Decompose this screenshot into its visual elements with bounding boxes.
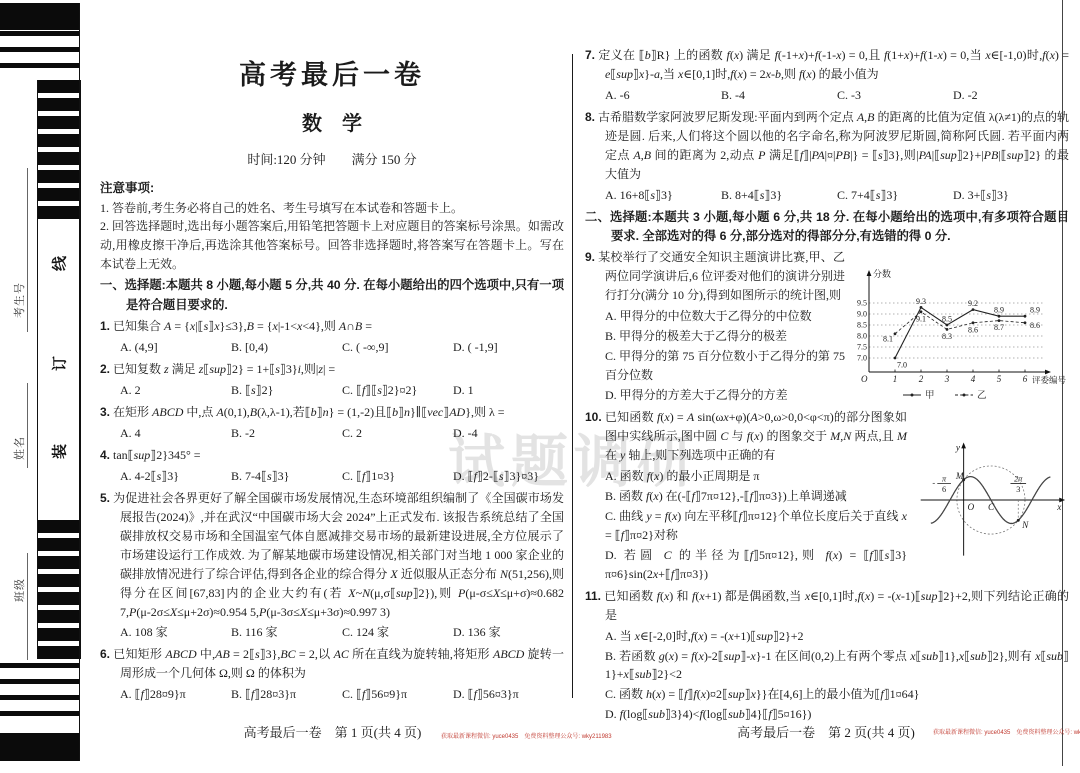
option-A: A. 2	[120, 381, 231, 400]
question-options: A. 当 x∈[-2,0]时,f(x) = -(x+1)⟦sup⟧2}+2B. …	[605, 627, 1069, 725]
svg-text:7.5: 7.5	[857, 343, 867, 352]
exam-scan: 线 订 装 考生号 姓名 班级 试题调研 高考最后一卷 数 学 时间:120 分…	[0, 0, 1080, 773]
question-stem: 11. 已知函数 f(x) 和 f(x+1) 都是偶函数,当 x∈[0,1]时,…	[585, 587, 1069, 625]
svg-text:4: 4	[971, 374, 976, 384]
svg-text:O: O	[968, 503, 975, 513]
questions-page-2-top: 7. 定义在 ⟦b⟧R} 上的函数 f(x) 满足 f(-1+x)+f(-1-x…	[585, 46, 1069, 205]
questions-page-1: 1. 已知集合 A = {x|⟦s⟧x}≤3},B = {x|-1<x<4},则…	[100, 317, 564, 704]
svg-text:9.5: 9.5	[857, 299, 867, 308]
strip-ladder-bottom	[37, 520, 81, 659]
option-D: D. ( -1,9]	[453, 338, 564, 357]
option-C: C. 7+4⟦s⟧3}	[837, 186, 953, 205]
option-C: C. 124 家	[342, 623, 453, 642]
notice-title: 注意事项:	[100, 179, 564, 199]
option-C: C. 2	[342, 424, 453, 443]
exam-subject: 数 学	[100, 109, 564, 141]
svg-text:9.2: 9.2	[968, 300, 978, 309]
section-1-header: 一、选择题:本题共 8 小题,每小题 5 分,共 40 分. 在每小题给出的四个…	[100, 276, 564, 315]
question-options: A. ⟦f⟧28¤9}πB. ⟦f⟧28¤3}πC. ⟦f⟧56¤9}πD. ⟦…	[120, 685, 564, 704]
strip-ladder-top	[37, 80, 81, 221]
option-C: C. ⟦f⟧1¤3}	[342, 467, 453, 486]
question-stem: 8. 古希腊数学家阿波罗尼斯发现:平面内到两个定点 A,B 的距离的比值为定值 …	[585, 108, 1069, 184]
svg-text:6: 6	[1023, 374, 1028, 384]
svg-text:O: O	[861, 374, 868, 384]
strip-stripes-bottom	[0, 663, 80, 727]
svg-text:8.6: 8.6	[968, 326, 978, 335]
svg-text:2: 2	[919, 374, 924, 384]
question-7: 7. 定义在 ⟦b⟧R} 上的函数 f(x) 满足 f(-1+x)+f(-1-x…	[585, 46, 1069, 105]
option-C: C. -3	[837, 86, 953, 105]
label-name: 姓名	[11, 426, 27, 470]
option-B: B. 若函数 g(x) = f(x)-2⟦sup⟧-x}-1 在区间(0,2)上…	[605, 647, 1069, 685]
option-B: B. ⟦f⟧28¤3}π	[231, 685, 342, 704]
svg-text:7.0: 7.0	[857, 354, 867, 363]
svg-text:9.3: 9.3	[916, 297, 926, 306]
option-B: B. 7-4⟦s⟧3}	[231, 467, 342, 486]
option-C: C. 函数 h(x) = ⟦f⟧f(x)¤2⟦sup⟧x}}在[4,6]上的最小…	[605, 685, 1069, 704]
exam-meta: 时间:120 分钟 满分 150 分	[100, 150, 564, 171]
svg-text:8.9: 8.9	[994, 306, 1004, 315]
option-B: B. 8+4⟦s⟧3}	[721, 186, 837, 205]
option-A: A. 108 家	[120, 623, 231, 642]
option-B: B. 116 家	[231, 623, 342, 642]
option-A: A. 当 x∈[-2,0]时,f(x) = -(x+1)⟦sup⟧2}+2	[605, 627, 1069, 646]
question-options: A. 4-2⟦s⟧3}B. 7-4⟦s⟧3}C. ⟦f⟧1¤3}D. ⟦f⟧2-…	[120, 467, 564, 486]
question-options: A. 108 家B. 116 家C. 124 家D. 136 家	[120, 623, 564, 642]
svg-text:1: 1	[893, 374, 898, 384]
binding-char-zhuang: 装	[49, 444, 70, 459]
option-D: D. -4	[453, 424, 564, 443]
question-6: 6. 已知矩形 ABCD 中,AB = 2⟦s⟧3},BC = 2,以 AC 所…	[100, 645, 564, 704]
svg-text:8.7: 8.7	[994, 324, 1004, 333]
option-C: C. ⟦f⟧⟦s⟧2}¤2}	[342, 381, 453, 400]
label-class: 班级	[11, 568, 27, 612]
question-options: A. (4,9]B. [0,4)C. ( -∞,9]D. ( -1,9]	[120, 338, 564, 357]
question-8: 8. 古希腊数学家阿波罗尼斯发现:平面内到两个定点 A,B 的距离的比值为定值 …	[585, 108, 1069, 205]
svg-text:M: M	[955, 472, 965, 482]
option-A: A. 4	[120, 424, 231, 443]
option-C: C. ⟦f⟧56¤9}π	[342, 685, 453, 704]
option-B: B. [0,4)	[231, 338, 342, 357]
svg-text:7.0: 7.0	[897, 361, 907, 370]
option-A: A. (4,9]	[120, 338, 231, 357]
candidate-number-line	[27, 168, 28, 332]
question-4: 4. tan⟦sup⟧2}345° =A. 4-2⟦s⟧3}B. 7-4⟦s⟧3…	[100, 446, 564, 486]
class-line	[27, 553, 28, 660]
svg-text:x: x	[1056, 503, 1062, 513]
question-2: 2. 已知复数 z 满足 z⟦sup⟧2} = 1+⟦s⟧3}i,则|z| =A…	[100, 360, 564, 400]
binding-char-ding: 订	[49, 356, 70, 371]
question-11: 11. 已知函数 f(x) 和 f(x+1) 都是偶函数,当 x∈[0,1]时,…	[585, 587, 1069, 725]
questions-page-2-bottom: 7.07.58.08.59.09.5123456O分数评委编号7.09.38.5…	[585, 248, 1069, 724]
page-2: 7. 定义在 ⟦b⟧R} 上的函数 f(x) 满足 f(-1+x)+f(-1-x…	[585, 44, 1069, 727]
option-C: C. ( -∞,9]	[342, 338, 453, 357]
page-1: 高考最后一卷 数 学 时间:120 分钟 满分 150 分 注意事项: 1. 答…	[100, 36, 564, 707]
svg-text:8.5: 8.5	[857, 321, 867, 330]
svg-text:3: 3	[1016, 485, 1020, 494]
svg-text:8.9: 8.9	[1030, 306, 1040, 315]
page-divider-line	[572, 54, 573, 698]
binding-char-xian: 线	[49, 256, 70, 271]
section-2-header: 二、选择题:本题共 3 小题,每小题 6 分,共 18 分. 在每小题给出的选项…	[585, 208, 1069, 247]
name-line	[27, 383, 28, 468]
svg-text:6: 6	[942, 485, 946, 494]
question-stem: 4. tan⟦sup⟧2}345° =	[100, 446, 564, 465]
svg-text:乙: 乙	[977, 390, 987, 401]
svg-text:8.0: 8.0	[857, 332, 867, 341]
svg-text:N: N	[1021, 521, 1029, 531]
question-9: 7.07.58.08.59.09.5123456O分数评委编号7.09.38.5…	[585, 248, 1069, 405]
svg-text:3: 3	[944, 374, 950, 384]
svg-text:甲: 甲	[925, 390, 935, 401]
svg-text:8.5: 8.5	[942, 315, 952, 324]
option-A: A. ⟦f⟧28¤9}π	[120, 685, 231, 704]
binding-column: 线 订 装	[37, 221, 81, 520]
notice-2: 2. 回答选择题时,选出每小题答案后,用铅笔把答题卡上对应题目的答案标号涂黑。如…	[100, 217, 564, 274]
question-5: 5. 为促进社会各界更好了解全国碳市场发展情况,生态环境部组织编制了《全国碳市场…	[100, 489, 564, 643]
svg-text:8.3: 8.3	[942, 332, 952, 341]
question-stem: 6. 已知矩形 ABCD 中,AB = 2⟦s⟧3},BC = 2,以 AC 所…	[100, 645, 564, 683]
option-B: B. -2	[231, 424, 342, 443]
option-D: D. ⟦f⟧2-⟦s⟧3}¤3}	[453, 467, 564, 486]
question-options: A. 2B. ⟦s⟧2}C. ⟦f⟧⟦s⟧2}¤2}D. 1	[120, 381, 564, 400]
option-D: D. 3+⟦s⟧3}	[953, 186, 1069, 205]
option-A: A. -6	[605, 86, 721, 105]
promo-text-page-2: 获取最新课程微信: yuce0435 免费资料整理公众号: wky211983	[933, 727, 1080, 736]
option-B: B. -4	[721, 86, 837, 105]
svg-text:5: 5	[997, 374, 1002, 384]
sine-function-graph: MNOCyx-π62π3	[909, 438, 1069, 564]
question-options: A. 4B. -2C. 2D. -4	[120, 424, 564, 443]
option-D: D. -2	[953, 86, 1069, 105]
notice-1: 1. 答卷前,考生务必将自己的姓名、考生号填写在本试卷和答题卡上。	[100, 199, 564, 218]
svg-text:C: C	[988, 503, 995, 513]
svg-text:8.6: 8.6	[1030, 321, 1040, 330]
strip-right-edge-line	[79, 3, 80, 761]
svg-text:y: y	[955, 443, 961, 453]
question-options: A. -6B. -4C. -3D. -2	[605, 86, 1069, 105]
option-A: A. 4-2⟦s⟧3}	[120, 467, 231, 486]
question-1: 1. 已知集合 A = {x|⟦s⟧x}≤3},B = {x|-1<x<4},则…	[100, 317, 564, 357]
question-stem: 3. 在矩形 ABCD 中,点 A(0,1),B(λ,λ-1),若⟦b⟧n} =…	[100, 403, 564, 422]
question-3: 3. 在矩形 ABCD 中,点 A(0,1),B(λ,λ-1),若⟦b⟧n} =…	[100, 403, 564, 443]
question-stem: 2. 已知复数 z 满足 z⟦sup⟧2} = 1+⟦s⟧3}i,则|z| =	[100, 360, 564, 379]
option-B: B. ⟦s⟧2}	[231, 381, 342, 400]
option-D: D. ⟦f⟧56¤3}π	[453, 685, 564, 704]
question-options: A. 16+8⟦s⟧3}B. 8+4⟦s⟧3}C. 7+4⟦s⟧3}D. 3+⟦…	[605, 186, 1069, 205]
question-stem: 1. 已知集合 A = {x|⟦s⟧x}≤3},B = {x|-1<x<4},则…	[100, 317, 564, 336]
svg-text:-: -	[932, 478, 935, 487]
label-candidate-number: 考生号	[11, 278, 27, 322]
option-D: D. 1	[453, 381, 564, 400]
option-A: A. 16+8⟦s⟧3}	[605, 186, 721, 205]
svg-text:评委编号: 评委编号	[1032, 375, 1067, 385]
svg-text:8.1: 8.1	[883, 335, 893, 344]
exam-title: 高考最后一卷	[100, 54, 564, 97]
question-stem: 5. 为促进社会各界更好了解全国碳市场发展情况,生态环境部组织编制了《全国碳市场…	[100, 489, 564, 622]
strip-black-block-bottom	[0, 733, 80, 761]
option-D: D. 136 家	[453, 623, 564, 642]
question-10: MNOCyx-π62π310. 已知函数 f(x) = A sin(ωx+φ)(…	[585, 408, 1069, 584]
svg-text:9.0: 9.0	[857, 310, 867, 319]
question-stem: 7. 定义在 ⟦b⟧R} 上的函数 f(x) 满足 f(-1+x)+f(-1-x…	[585, 46, 1069, 84]
strip-stripes-top	[0, 31, 80, 79]
svg-text:分数: 分数	[873, 268, 891, 279]
score-line-chart: 7.07.58.08.59.09.5123456O分数评委编号7.09.38.5…	[851, 268, 1069, 402]
svg-text:π: π	[942, 475, 947, 484]
strip-black-block-top	[0, 3, 80, 30]
svg-text:9.1: 9.1	[916, 315, 926, 324]
svg-text:2π: 2π	[1014, 475, 1023, 484]
